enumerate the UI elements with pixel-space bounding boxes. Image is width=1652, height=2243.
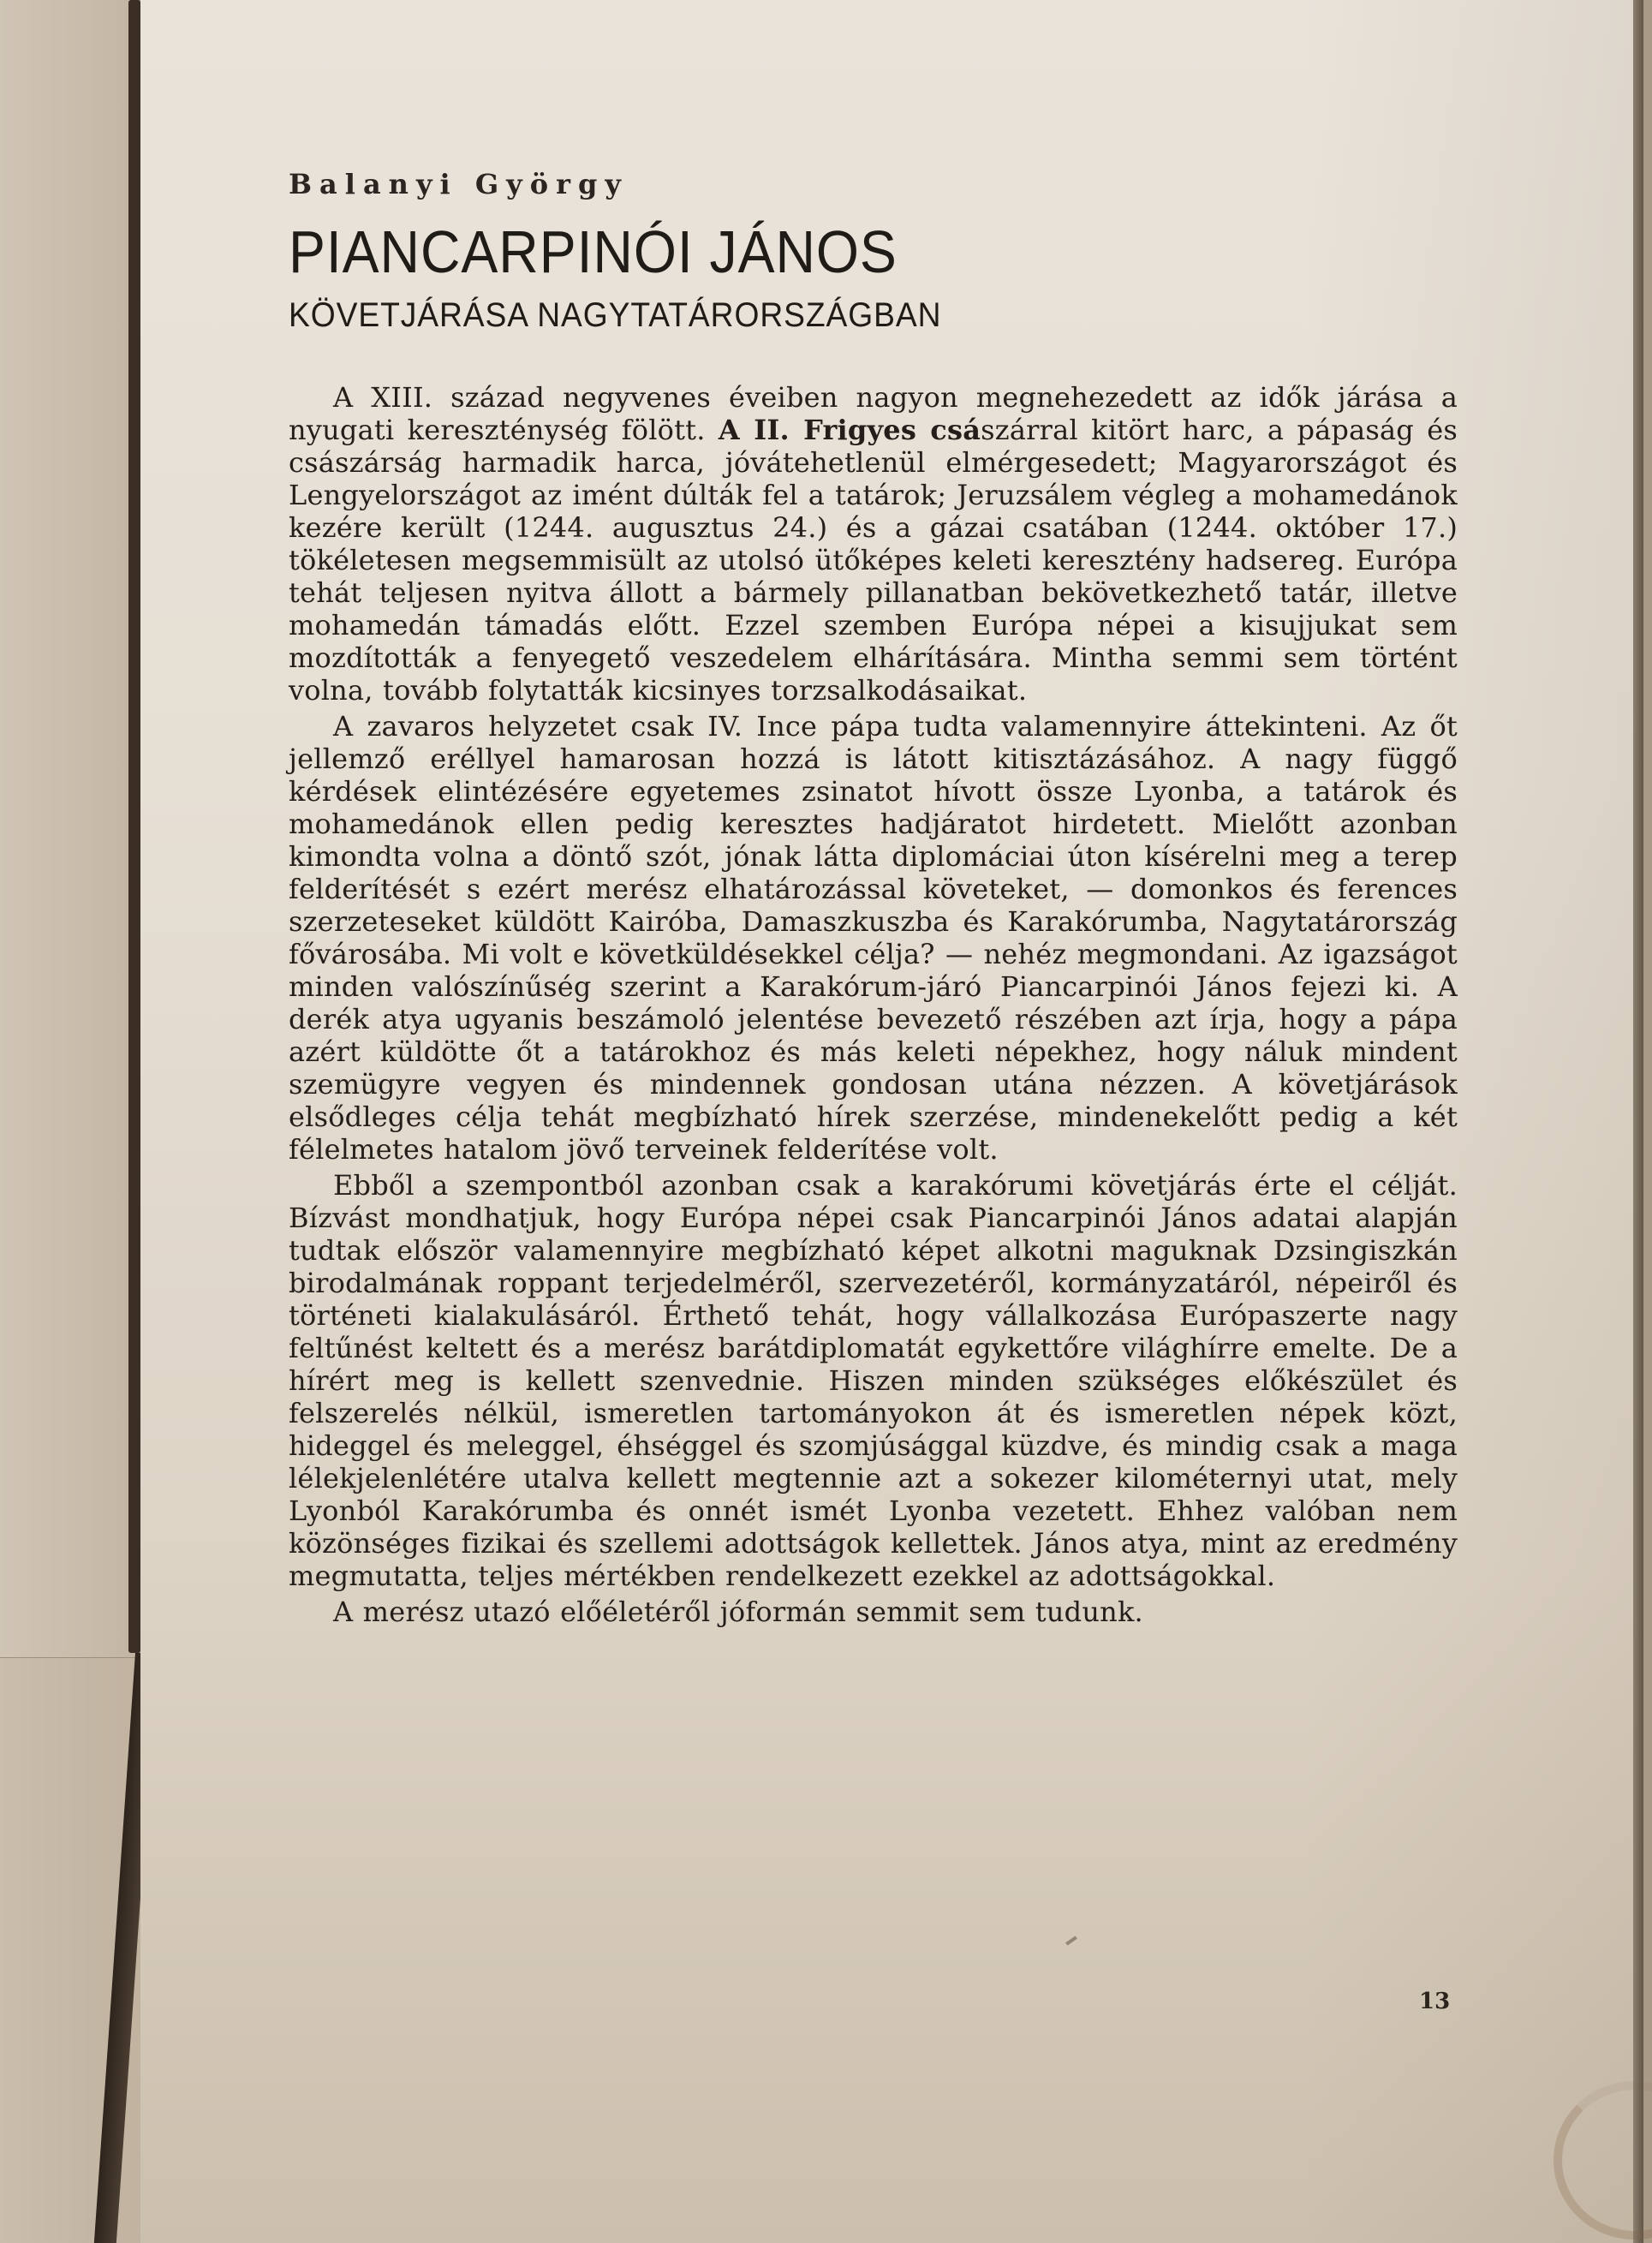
page-number: 13 [1419, 1989, 1450, 2014]
article-title: PIANCARPINÓI JÁNOS [289, 217, 1364, 287]
paragraph-2: A zavaros helyzetet csak IV. Ince pápa t… [289, 710, 1458, 1166]
ink-speck [1065, 1936, 1077, 1945]
page-content: Balanyi György PIANCARPINÓI JÁNOS KÖVETJ… [289, 167, 1458, 1632]
paragraph-1-bold: A II. Frigyes csá [719, 414, 981, 446]
article-subtitle: KÖVETJÁRÁSA NAGYTATÁRORSZÁGBAN [289, 294, 1375, 337]
water-stain [1554, 2081, 1652, 2240]
paragraph-1-rest: szárral kitört harc, a pápaság és császá… [289, 414, 1458, 707]
paragraph-1: A XIII. század negyvenes éveiben nagyon … [289, 381, 1458, 707]
author-name: Balanyi György [289, 167, 1458, 201]
paragraph-4: A merész utazó előéletéről jóformán semm… [289, 1596, 1458, 1628]
binding-gutter [128, 0, 140, 1653]
page-right-edge [1633, 0, 1643, 2243]
article-body: A XIII. század negyvenes éveiben nagyon … [289, 381, 1458, 1628]
paragraph-3: Ebből a szempontból azonban csak a karak… [289, 1169, 1458, 1592]
